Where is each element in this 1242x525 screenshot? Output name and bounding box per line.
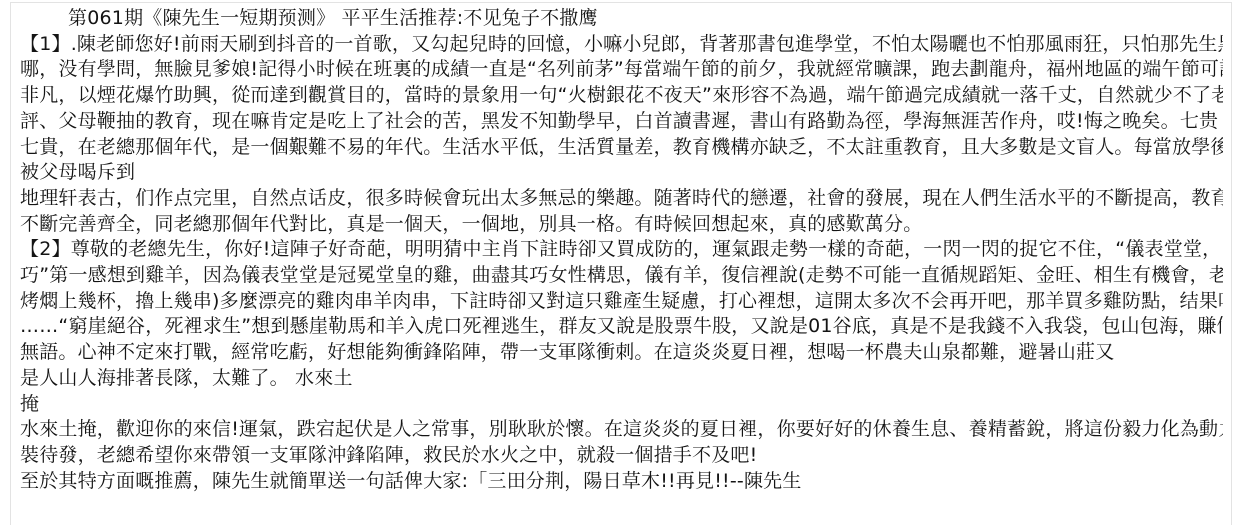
text-line: 烤燜上幾杯，擼上幾串)多麼漂亮的雞肉串羊肉串，下註時卻又對這只雞產生疑慮，打心裡… (20, 289, 1223, 315)
text-line: ……“窮崖絕谷，死裡求生”想到懸崖勒馬和羊入虎口死裡逃生，群友又說是股票牛股，又… (20, 314, 1223, 340)
post-title: 第061期《陳先生一短期预测》 平平生活推荐:不见兔子不撒鹰 (20, 6, 1223, 32)
text-line: 至於其特方面嘅推薦，陳先生就簡單送一句話俾大家:「三田分荆，陽日草木!!再見!!… (20, 469, 1223, 495)
text-line: 地理轩表古，们作点完里，自然点话皮，很多時候會玩出太多無忌的樂趣。随著時代的戀遷… (20, 186, 1223, 212)
text-line: 哪，没有學問，無臉見爹娘!記得小时候在班裏的成績一直是“名列前茅”每當端午節的前… (20, 57, 1223, 83)
post-content-area: 第061期《陳先生一短期预测》 平平生活推荐:不见兔子不撒鹰 【1】.陳老師您好… (10, 2, 1232, 525)
text-line: 【1】.陳老師您好!前雨天刷到抖音的一首歌，又勾起兒時的回憶，小嘛小兒郎，背著那… (20, 32, 1223, 58)
text-line: 被父母喝斥到 (20, 160, 1223, 186)
text-line: 無語。心神不定來打戰，經常吃虧，好想能夠衝鋒陷陣，帶一支軍隊衝刺。在這炎炎夏日裡… (20, 340, 1223, 366)
text-line: 巧”第一感想到雞羊，因為儀表堂堂是冠冕堂皇的雞，曲盡其巧女性構思，儀有羊，復信裡… (20, 263, 1223, 289)
text-line: 掩 (20, 392, 1223, 418)
text-line: 是人山人海排著長隊，太難了。 水來土 (20, 366, 1223, 392)
page: 第061期《陳先生一短期预测》 平平生活推荐:不见兔子不撒鹰 【1】.陳老師您好… (0, 0, 1242, 525)
text-line: 【2】尊敬的老總先生，你好!這陣子好奇葩，明明猜中主肖下註時卻又買成防的，運氣跟… (20, 237, 1223, 263)
text-line: 水來土掩，歡迎你的來信!運氣，跌宕起伏是人之常事，別耿耿於懷。在這炎炎的夏日裡，… (20, 417, 1223, 443)
text-line: 不斷完善齊全，同老總那個年代對比，真是一個天，一個地，別具一格。有時候回想起來，… (20, 212, 1223, 238)
text-line: 七貴，在老總那個年代，是一個艱難不易的年代。生活水平低，生活質量差，教育機構亦缺… (20, 135, 1223, 161)
text-line: 裝待發，老總希望你來帶領一支軍隊沖鋒陷陣，救民於水火之中，就殺一個措手不及吧! (20, 443, 1223, 469)
text-line: 非凡，以煙花爆竹助興，從而達到觀賞目的，當時的景象用一句“火樹銀花不夜天”來形容… (20, 83, 1223, 109)
text-line: 評、父母鞭抽的教育，现在嘛肯定是吃上了社会的苦，黑发不知勤學早，白首讀書遲，書山… (20, 109, 1223, 135)
